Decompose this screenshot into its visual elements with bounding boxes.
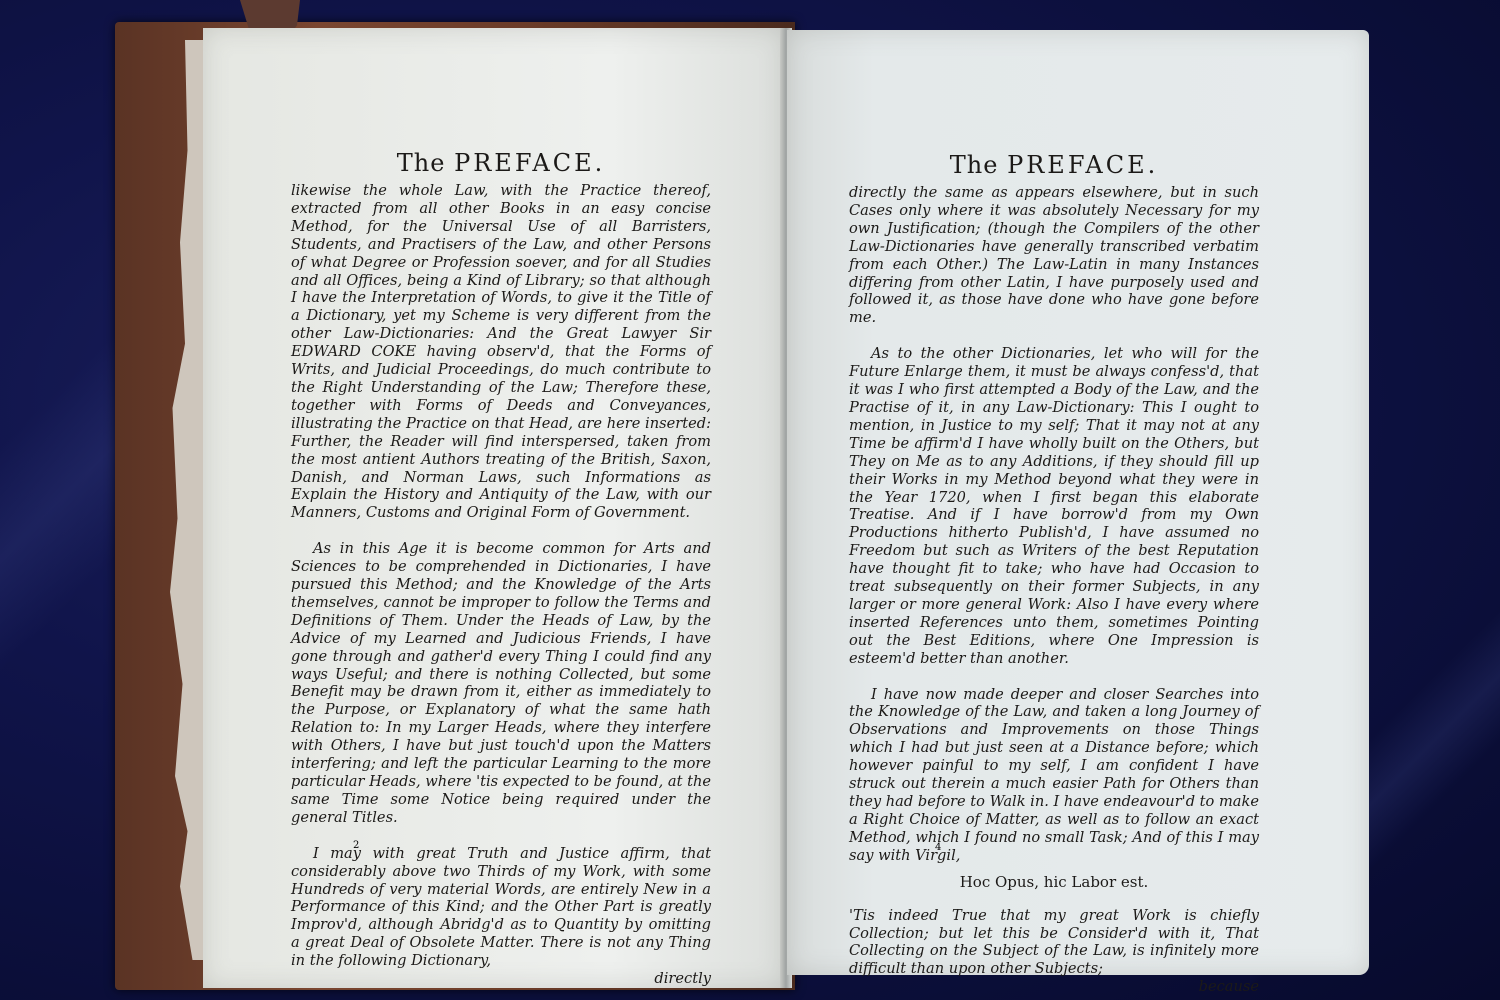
paragraph: As to the other Dictionaries, let who wi… — [849, 345, 1259, 667]
cloth-fold — [0, 0, 120, 1000]
paragraph: 'Tis indeed True that my great Work is c… — [849, 907, 1259, 979]
catchword: directly — [291, 970, 711, 988]
right-page: The PREFACE. directly the same as appear… — [787, 30, 1369, 975]
heading-prefix: The — [950, 151, 999, 179]
left-page: The PREFACE. likewise the whole Law, wit… — [203, 28, 785, 988]
signature-mark: 4 — [935, 842, 941, 853]
heading-title: PREFACE. — [1007, 151, 1158, 179]
catchword: because — [849, 978, 1259, 996]
right-text-column: The PREFACE. directly the same as appear… — [849, 150, 1259, 996]
paragraph: likewise the whole Law, with the Practic… — [291, 182, 711, 522]
paragraph: I have now made deeper and closer Search… — [849, 686, 1259, 865]
left-text-column: The PREFACE. likewise the whole Law, wit… — [291, 148, 711, 988]
heading-prefix: The — [397, 149, 446, 177]
page-heading: The PREFACE. — [849, 150, 1259, 180]
latin-motto: Hoc Opus, hic Labor est. — [849, 873, 1259, 891]
signature-mark: 2 — [353, 840, 359, 851]
paragraph: As in this Age it is become common for A… — [291, 540, 711, 827]
page-heading: The PREFACE. — [291, 148, 711, 178]
paragraph: I may with great Truth and Justice affir… — [291, 845, 711, 970]
heading-title: PREFACE. — [454, 149, 605, 177]
paragraph: directly the same as appears elsewhere, … — [849, 184, 1259, 327]
